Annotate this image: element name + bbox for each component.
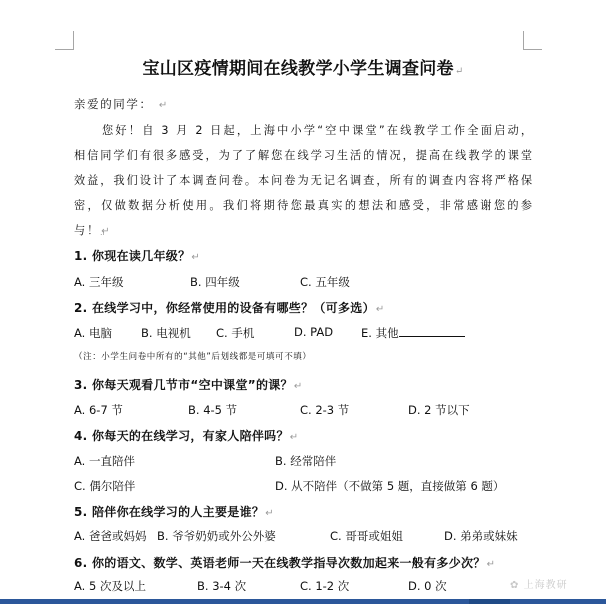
q6-option-d[interactable]: D. 0 次 <box>408 578 447 594</box>
q2-option-e[interactable]: E. 其他 <box>361 325 465 341</box>
intro-paragraph[interactable]: 您好！自 3 月 2 日起，上海中小学“空中课堂”在线教学工作全面启动，相信同学… <box>74 118 534 244</box>
q1-option-b[interactable]: B. 四年级 <box>190 274 240 290</box>
greeting[interactable]: 亲爱的同学： ↵ <box>74 96 169 112</box>
q6-option-a[interactable]: A. 5 次及以上 <box>74 578 146 594</box>
paragraph-mark-icon: ↵ <box>191 252 200 263</box>
paragraph-mark-icon: ↵ <box>455 66 464 77</box>
q1-option-c[interactable]: C. 五年级 <box>300 274 350 290</box>
question-1[interactable]: 1. 你现在读几年级？↵ <box>74 247 200 264</box>
paragraph-mark-icon: ↵ <box>294 381 303 392</box>
question-5[interactable]: 5. 陪伴你在线学习的人主要是谁？↵ <box>74 503 274 520</box>
page-corner-mark-left <box>55 31 74 50</box>
question-4[interactable]: 4. 你每天的在线学习，有家人陪伴吗？↵ <box>74 427 298 444</box>
q1-option-a[interactable]: A. 三年级 <box>74 274 123 290</box>
q5-option-c[interactable]: C. 哥哥或姐姐 <box>330 528 403 544</box>
weibo-logo-icon: ✿ <box>510 580 519 591</box>
paragraph-mark-icon: ↵ <box>265 508 274 519</box>
status-bar-segment[interactable] <box>469 599 510 604</box>
q5-option-b[interactable]: B. 爷爷奶奶或外公外婆 <box>157 528 276 544</box>
page-corner-mark-right <box>523 31 542 50</box>
q2-option-c[interactable]: C. 手机 <box>216 325 254 341</box>
paragraph-mark-icon: ↵ <box>376 304 385 315</box>
q6-option-c[interactable]: C. 1-2 次 <box>300 578 349 594</box>
q4-option-d[interactable]: D. 从不陪伴（不做第 5 题，直接做第 6 题） <box>275 478 504 494</box>
question-6[interactable]: 6. 你的语文、数学、英语老师一天在线教学指导次数加起来一般有多少次？↵ <box>74 554 495 571</box>
document-title[interactable]: 宝山区疫情期间在线教学小学生调查问卷↵ <box>0 54 606 79</box>
q3-option-d[interactable]: D. 2 节以下 <box>408 402 470 418</box>
q6-option-b[interactable]: B. 3-4 次 <box>197 578 246 594</box>
q2-option-d[interactable]: D. PAD <box>294 325 333 339</box>
q2-option-b[interactable]: B. 电视机 <box>141 325 191 341</box>
q2-option-a[interactable]: A. 电脑 <box>74 325 112 341</box>
watermark: ✿ 上海教研 <box>510 576 568 591</box>
empty-paragraph-mark: .ı <box>100 228 105 237</box>
status-bar <box>0 599 606 604</box>
q4-option-a[interactable]: A. 一直陪伴 <box>74 453 135 469</box>
q4-option-b[interactable]: B. 经常陪伴 <box>275 453 336 469</box>
question-3[interactable]: 3. 你每天观看几节市“空中课堂”的课？↵ <box>74 376 303 393</box>
q5-option-a[interactable]: A. 爸爸或妈妈 <box>74 528 146 544</box>
paragraph-mark-icon: ↵ <box>159 100 169 111</box>
fill-in-blank[interactable] <box>399 325 465 337</box>
q5-option-d[interactable]: D. 弟弟或妹妹 <box>444 528 518 544</box>
q3-option-c[interactable]: C. 2-3 节 <box>300 402 349 418</box>
q3-option-a[interactable]: A. 6-7 节 <box>74 402 123 418</box>
paragraph-mark-icon: ↵ <box>290 432 299 443</box>
q2-note: （注：小学生问卷中所有的“其他”后划线都是可填可不填） <box>74 350 534 362</box>
paragraph-mark-icon: ↵ <box>487 559 496 570</box>
q3-option-b[interactable]: B. 4-5 节 <box>188 402 237 418</box>
question-2[interactable]: 2. 在线学习中，你经常使用的设备有哪些？（可多选）↵ <box>74 299 385 316</box>
q4-option-c[interactable]: C. 偶尔陪伴 <box>74 478 135 494</box>
